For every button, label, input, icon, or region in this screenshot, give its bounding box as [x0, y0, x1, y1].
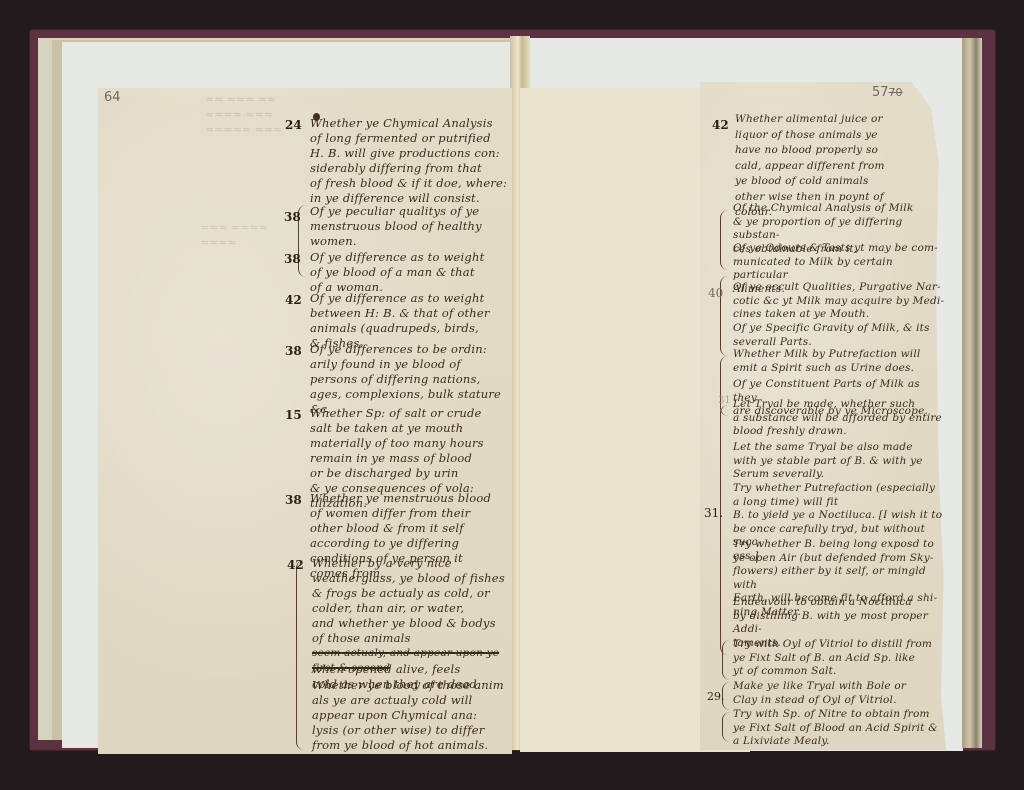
entry-number: 38	[285, 344, 302, 358]
manuscript-entry: Whether Milk by Putrefaction will emit a…	[733, 348, 945, 375]
entry-number: 29.	[707, 690, 725, 703]
right-folio-number: 5770	[872, 85, 903, 100]
entry-number: 42	[285, 293, 302, 307]
manuscript-entry: Whether by a very nice weatherglass, ye …	[312, 556, 512, 646]
brace-mark	[296, 560, 307, 750]
entry-number: 31.	[704, 506, 723, 520]
manuscript-entry: Of ye difference as to weight of ye bloo…	[310, 250, 510, 295]
manuscript-entry: Of ye occult Qualities, Purgative Nar- c…	[733, 281, 945, 322]
manuscript-entry: Whether ye Chymical Analysis of long fer…	[310, 116, 510, 206]
manuscript-entry: Try with Sp. of Nitre to obtain from ye …	[733, 708, 945, 749]
manuscript-entry: Let Tryal be made, whether such a substa…	[733, 398, 945, 439]
entry-number-faint: 31	[718, 395, 731, 406]
entry-number: 38	[285, 493, 302, 507]
entry-number: 15	[285, 408, 302, 422]
entry-number: 42	[712, 118, 729, 132]
entry-number: 38	[284, 210, 301, 224]
folio-number: 57	[872, 85, 889, 100]
right-leaf-stack	[962, 38, 982, 748]
brace-mark	[722, 712, 731, 742]
manuscript-entry: Of ye Specific Gravity of Milk, & its se…	[733, 322, 945, 349]
entry-number: 38	[284, 252, 301, 266]
manuscript-entry: Whether ye blood of those anim als ye ar…	[312, 678, 512, 753]
manuscript-entry: Let the same Tryal be also made with ye …	[733, 441, 945, 482]
entry-number: 24	[285, 118, 302, 132]
left-folio-number: 64	[104, 90, 121, 105]
manuscript-entry: Make ye like Tryal with Bole or Clay in …	[733, 680, 945, 707]
entry-number: 40	[708, 286, 723, 300]
manuscript-entry: Try with Oyl of Vitriol to distill from …	[733, 638, 945, 679]
entry-number: 42	[287, 558, 304, 572]
brace-mark	[720, 405, 731, 655]
brace-mark	[720, 210, 731, 270]
manuscript-entry: Of ye peculiar qualitys of ye menstruous…	[310, 204, 510, 249]
brace-mark	[722, 640, 731, 680]
show-through-text: ≈≈≈ ≈≈≈≈ ≈≈≈≈	[200, 220, 290, 250]
struck-folio-number: 70	[889, 86, 903, 99]
